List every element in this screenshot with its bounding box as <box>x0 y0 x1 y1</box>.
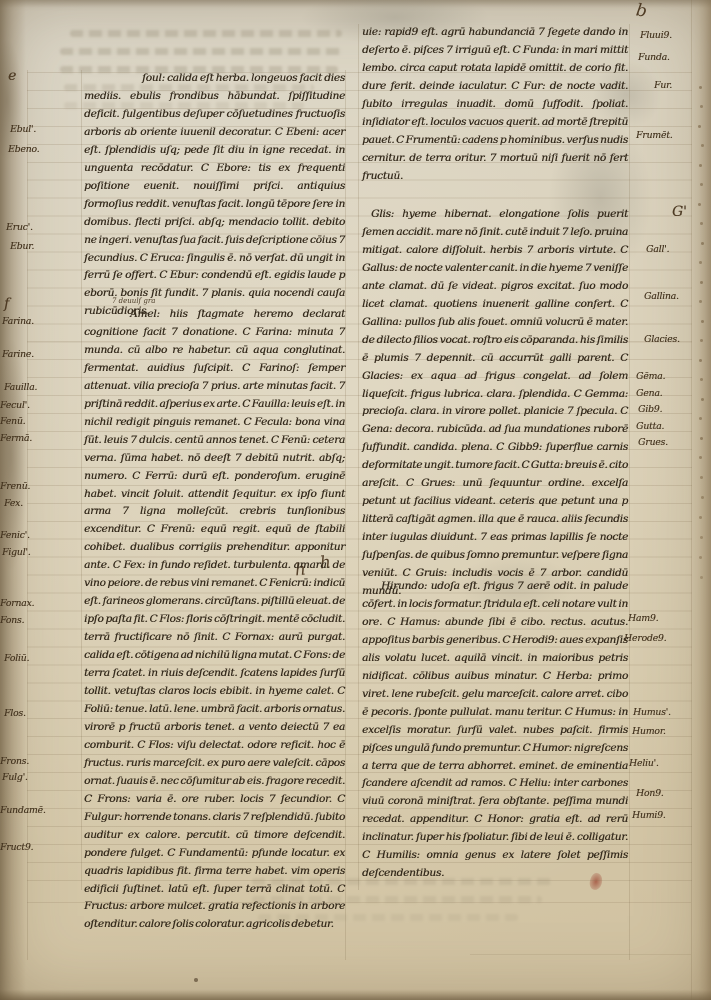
margin-note: Frenū. <box>0 481 30 492</box>
margin-note: Fenic'. <box>0 530 30 541</box>
folio-mark: b <box>635 0 649 21</box>
margin-note: Fulg'. <box>2 772 28 783</box>
margin-note: e <box>8 68 16 84</box>
margin-note: Humi9. <box>632 810 666 821</box>
ink-speck <box>194 978 198 982</box>
pricking-holes <box>699 86 702 89</box>
margin-note: Gall'. <box>646 244 669 255</box>
margin-note: Humus'. <box>633 707 671 718</box>
margin-note: Ebul'. <box>10 124 36 135</box>
margin-note: Farine. <box>2 349 34 360</box>
margin-note: Farina. <box>2 316 34 327</box>
margin-note: Humor. <box>632 726 666 737</box>
margin-note: Fornax. <box>0 598 34 609</box>
margin-note: Fex. <box>4 498 23 509</box>
margin-note: Foliū. <box>4 653 29 664</box>
margin-note: Funda. <box>638 52 670 63</box>
margin-note: Gib9. <box>638 404 662 415</box>
text-block-right-2: Glis: hyeme hibernat. elongatione ſolis … <box>362 206 628 601</box>
margin-note: Ebeno. <box>8 144 39 155</box>
margin-note: Fons. <box>0 615 24 626</box>
margin-note: Flos. <box>4 708 26 719</box>
margin-note: Fruct9. <box>0 842 33 853</box>
bleed-through-text <box>60 48 342 55</box>
margin-note: Heliu'. <box>629 758 659 769</box>
bleed-through-text <box>70 30 342 37</box>
margin-note: Fecul'. <box>0 400 30 411</box>
text-block-right-1: uie: rapid9 eſt. agrū habundanciā 7 ſege… <box>362 24 628 186</box>
margin-note: Fenū. <box>0 416 25 427</box>
margin-note: Fermā. <box>0 433 32 444</box>
text-block-left-1: ſoul: calida eſt herba. longeuos facit d… <box>84 70 345 321</box>
margin-note: G' <box>672 204 687 220</box>
margin-note: Frons. <box>0 756 29 767</box>
margin-note: Gena. <box>636 388 662 399</box>
manuscript-page: b 7 deuulſ gra h h ſoul: calida eſt herb… <box>0 0 711 1000</box>
ruling-line-vertical <box>345 70 346 960</box>
margin-note: Fauilla. <box>4 382 37 393</box>
text-block-right-3: Hirundo: udoſa eſt. frigus 7 aerē odit. … <box>362 578 628 883</box>
ruling-line-vertical <box>27 70 28 960</box>
margin-note: Fundamē. <box>0 805 46 816</box>
margin-note: Ham9. <box>628 613 658 624</box>
page-outer-edge <box>689 0 711 1000</box>
ruling-line <box>470 954 691 955</box>
margin-note: Figul'. <box>2 547 30 558</box>
page-bottom-edge <box>0 990 711 1000</box>
margin-note: Frumēt. <box>636 130 673 141</box>
margin-note: Gēma. <box>636 371 665 382</box>
margin-note: Ebur. <box>10 241 34 252</box>
margin-note: Gallina. <box>644 291 679 302</box>
margin-note: Herode9. <box>624 633 666 644</box>
margin-note: Fur. <box>654 80 672 91</box>
margin-note: Eruc'. <box>6 222 33 233</box>
margin-note: Gutta. <box>636 421 664 432</box>
ruling-line-vertical <box>81 70 82 890</box>
ruling-line-vertical <box>691 0 692 1000</box>
text-block-left-2: Amel: hiis ſtagmate heremo declarat cogn… <box>84 306 345 934</box>
margin-note: Hon9. <box>636 788 664 799</box>
margin-note: Fluui9. <box>640 30 672 41</box>
margin-note: f <box>4 296 9 312</box>
ruling-line-vertical <box>629 24 630 960</box>
margin-note: Glacies. <box>644 334 680 345</box>
margin-note: Grues. <box>638 437 668 448</box>
ruling-line-vertical <box>358 24 359 890</box>
